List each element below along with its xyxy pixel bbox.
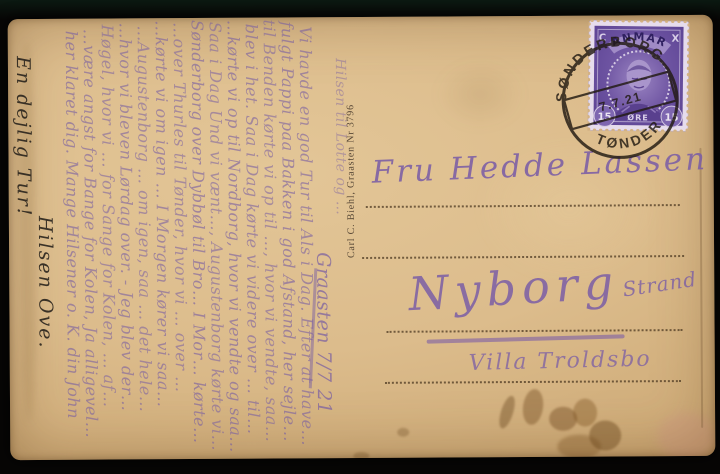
stain — [557, 435, 601, 459]
town-underline — [427, 334, 625, 343]
stain — [353, 452, 369, 460]
stain — [657, 412, 715, 460]
crease-line — [699, 148, 703, 428]
stain — [549, 407, 577, 431]
message-line: …kørte vi op til Nordborg, hvor vi vendt… — [225, 20, 244, 453]
scanned-postcard-image: Carl C. Biehl, Graasten Nr 3796 Hilsen t… — [0, 0, 720, 474]
message-line: …hvor vi bleven Lørdag over. - Jeg blev … — [117, 22, 135, 411]
message-line: Hilsen til Lotte og … — [333, 58, 348, 215]
stain — [589, 420, 621, 450]
address-ruled-line — [366, 204, 680, 208]
message-line: …være angst for Bange for Kolen, Ja alli… — [81, 29, 100, 439]
address-ruled-line — [362, 255, 684, 259]
address-residence: Villa Troldsbo — [469, 349, 652, 375]
message-line: …Augustenborg … om igen, saa … det hele… — [135, 25, 153, 412]
stain — [397, 428, 409, 437]
message-line: Høgel, hvor vi … for Sange for Kolen, … … — [99, 25, 117, 408]
address-ruled-line — [385, 380, 681, 384]
message-line: til Benden kørte vi op til …, hvor vi ve… — [261, 20, 280, 443]
message-line: En dejlig Tur! — [13, 56, 33, 218]
postmark: SØNDERBORG - TØNDER 7.7.21 — [550, 29, 691, 170]
stain — [573, 399, 597, 427]
stain — [496, 394, 518, 430]
message-line: Saa i Dag Und vi vænt…, Augustenborg kør… — [207, 22, 226, 451]
stain — [521, 388, 546, 426]
message-line: …over Thurles til Tønder, hvor vi … over… — [171, 22, 189, 393]
message-line: …kørte vi om igen … I Morgen kører vi sa… — [153, 20, 171, 407]
message-line: Hilsen Ove. — [35, 216, 55, 350]
stain — [435, 59, 525, 130]
message-line: blev i het. Saa i Dag kørte vi videre ov… — [243, 24, 262, 435]
address-town-suffix: Strand — [621, 269, 698, 300]
address-ruled-line — [387, 329, 683, 333]
message-line: her klaret dig. Mange Hilsener o. K. din… — [63, 31, 81, 419]
message-line: fulgt Pappi paa Bakken i god Afstand, he… — [279, 21, 298, 442]
message-line: Sønderborg over Dybbøl til Bro… I Mor… k… — [189, 20, 208, 444]
address-town: Nyborg — [407, 259, 620, 317]
message-line: Vi havde en god Tur til Als i Dag. Efter… — [297, 26, 316, 446]
postmark-route-top: SØNDERBORG - — [550, 29, 679, 107]
postcard: Carl C. Biehl, Graasten Nr 3796 Hilsen t… — [8, 15, 716, 460]
